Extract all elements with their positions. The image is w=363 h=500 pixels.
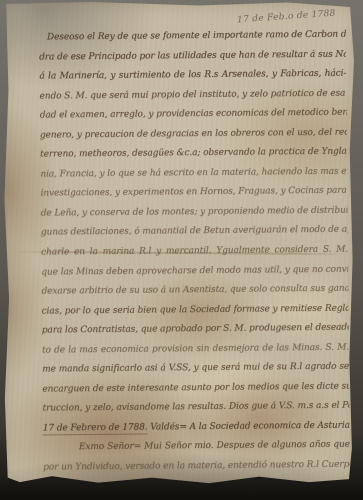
manuscript-line: me manda significarlo asi á V.SS, y que … — [42, 358, 349, 380]
closing-date-underlined: 17 de Febrero de 1788. — [43, 422, 148, 435]
manuscript-postscript-line: por un Yndividuo, versado en la materia,… — [43, 456, 350, 478]
manuscript-line: á la Marinería, y surtimiento de los R.s… — [39, 65, 346, 87]
manuscript-line: Deseoso el Rey de que se fomente el impo… — [39, 26, 346, 48]
manuscript-text-block: Deseoso el Rey de que se fomente el impo… — [39, 26, 350, 479]
closing-signature: Valdés= A la Sociedad economica de Astur… — [147, 420, 349, 432]
manuscript-line: para los Contratistas, que aprobado por … — [42, 319, 349, 341]
photograph-of-manuscript: 17 de Feb.o de 1788 Deseoso el Rey de qu… — [0, 0, 363, 500]
manuscript-postscript-line: Exmo Señor= Mui Señor mio. Despues de al… — [79, 436, 350, 458]
manuscript-line: dad el examen, arreglo, y providencias e… — [40, 104, 347, 126]
manuscript-line: dexarse arbitrio de su uso á un Asentist… — [41, 280, 348, 302]
manuscript-line: charle en la marina R.l y mercantil. Ygu… — [41, 241, 348, 263]
manuscript-line: terreno, metheoros, desagües &c.a; obser… — [40, 143, 347, 165]
